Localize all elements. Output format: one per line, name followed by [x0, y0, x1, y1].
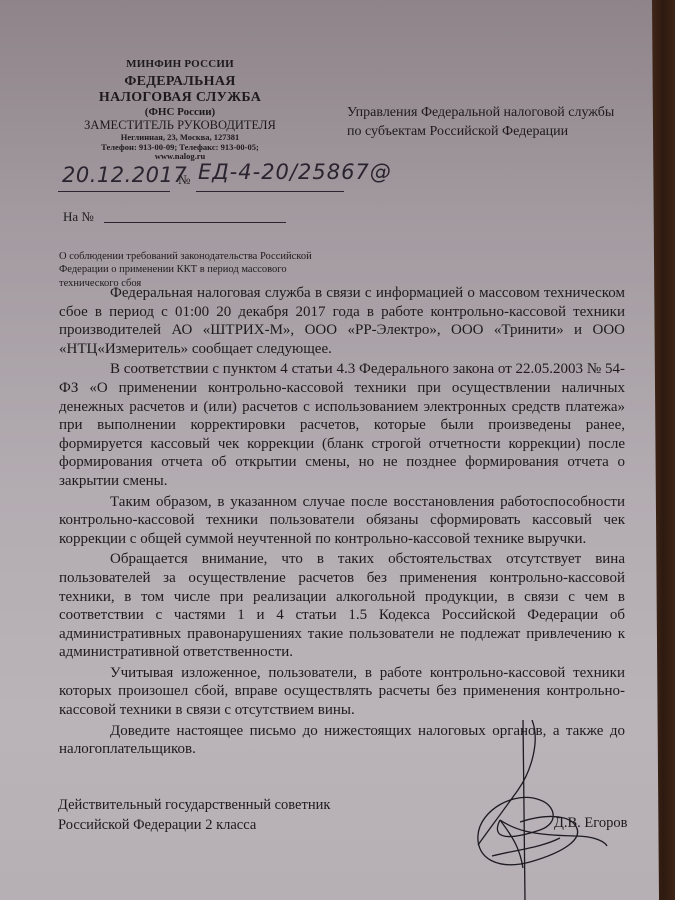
signer-title-line2: Российской Федерации 2 класса [58, 815, 330, 835]
handwritten-date: 20.12.2017 [62, 163, 187, 187]
letter-body: Федеральная налоговая служба в связи с и… [59, 284, 625, 759]
letterhead: МИНФИН РОССИИ ФЕДЕРАЛЬНАЯ НАЛОГОВАЯ СЛУЖ… [60, 58, 300, 162]
reply-to-underline [104, 222, 286, 223]
letterhead-service-line2: НАЛОГОВАЯ СЛУЖБА [60, 90, 300, 106]
signer-title: Действительный государственный советник … [58, 795, 330, 836]
body-paragraph: В соответствии с пунктом 4 статьи 4.3 Фе… [59, 360, 625, 490]
body-paragraph: Таким образом, в указанном случае после … [59, 493, 625, 549]
letter-page: МИНФИН РОССИИ ФЕДЕРАЛЬНАЯ НАЛОГОВАЯ СЛУЖ… [0, 0, 675, 900]
letterhead-abbr: (ФНС России) [60, 106, 300, 119]
signer-title-line1: Действительный государственный советник [58, 795, 330, 815]
handwritten-number: ЕД-4-20/25867@ [198, 160, 392, 184]
addressee: Управления Федеральной налоговой службы … [347, 104, 627, 142]
letterhead-position: ЗАМЕСТИТЕЛЬ РУКОВОДИТЕЛЯ [60, 118, 300, 132]
reply-to-label: На № [63, 209, 94, 225]
date-underline [58, 191, 170, 192]
letterhead-ministry: МИНФИН РОССИИ [60, 58, 300, 71]
signer-name: Д.В. Егоров [554, 815, 627, 832]
number-label: № [178, 172, 190, 188]
handwritten-signature-icon [460, 720, 620, 900]
body-paragraph: Федеральная налоговая служба в связи с и… [59, 284, 625, 358]
letterhead-service-line1: ФЕДЕРАЛЬНАЯ [60, 74, 300, 90]
body-paragraph: Учитывая изложенное, пользователи, в раб… [59, 664, 625, 720]
number-underline [196, 191, 344, 192]
body-paragraph: Обращается внимание, что в таких обстоят… [59, 550, 625, 662]
